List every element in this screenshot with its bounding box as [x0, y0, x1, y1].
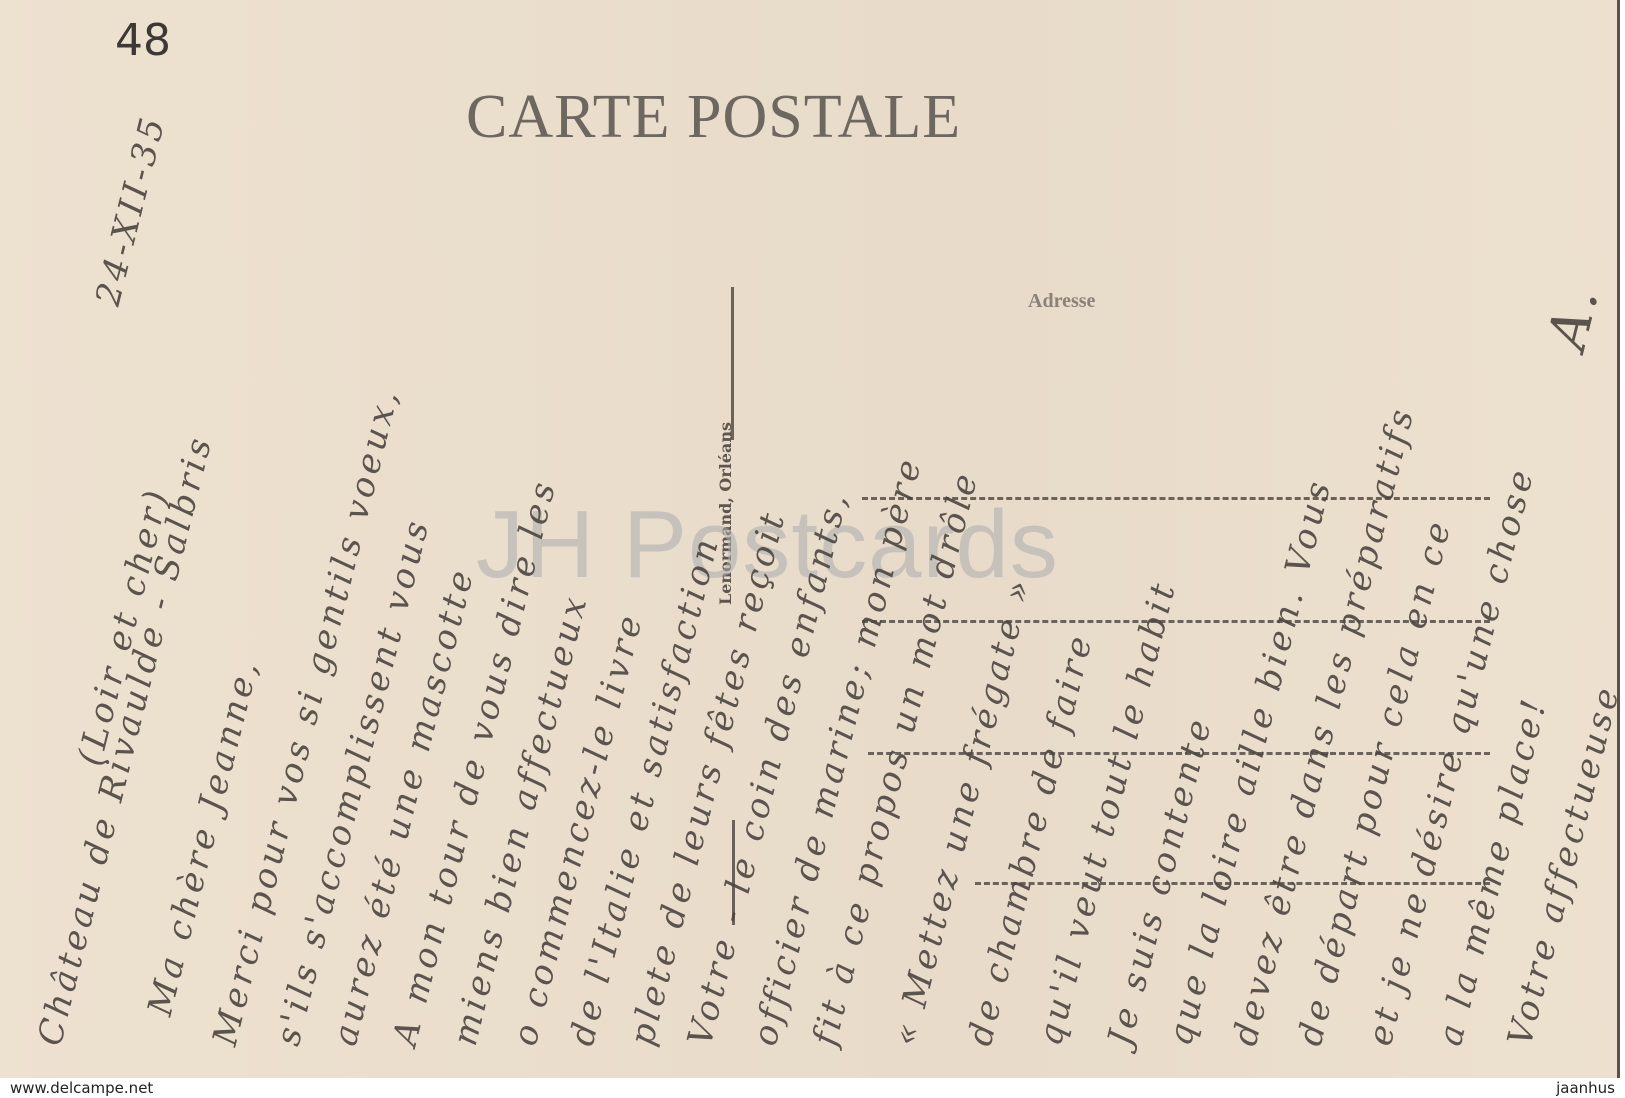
site-credit: www.delcampe.net — [10, 1079, 153, 1097]
corner-number: 48 — [115, 15, 171, 66]
postcard-back: CARTE POSTALE Adresse Lenormand, Orléans… — [0, 0, 1620, 1078]
handwriting-signature: A. — [1535, 278, 1612, 356]
address-label: Adresse — [1028, 290, 1095, 313]
seller-credit: jaanhus — [1556, 1079, 1615, 1097]
handwriting-date: 24-XII-35 — [88, 110, 174, 309]
card-title: CARTE POSTALE — [466, 82, 961, 153]
divider-line-top — [731, 287, 734, 440]
